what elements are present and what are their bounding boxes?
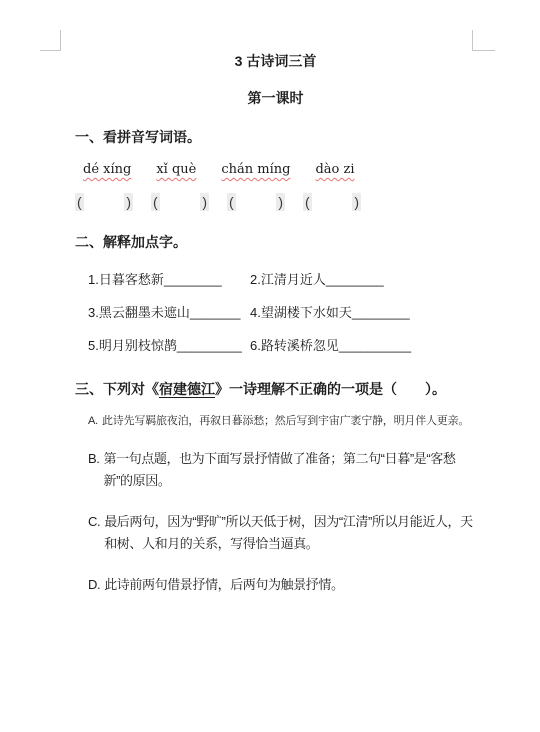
pinyin-word: chán míng bbox=[221, 161, 290, 179]
fill-in-blank: ________ bbox=[326, 272, 384, 287]
pinyin-word: xǐ què bbox=[156, 161, 196, 179]
poem-title: 宿建德江 bbox=[159, 381, 215, 397]
paren-open: ( bbox=[75, 193, 84, 211]
option-label: A. bbox=[88, 414, 102, 429]
section-heading-pinyin: 一、看拼音写词语。 bbox=[75, 128, 476, 146]
fill-in-blank: ________ bbox=[352, 305, 410, 320]
answer-blank: ( ) bbox=[151, 193, 209, 211]
paren-close: ) bbox=[124, 193, 133, 211]
fill-in-blank: __________ bbox=[339, 338, 411, 353]
pinyin-word: dào zi bbox=[315, 161, 354, 179]
document-page: 3 古诗词三首 第一课时 一、看拼音写词语。 dé xíng xǐ què ch… bbox=[0, 0, 540, 732]
choice-heading-prefix: 三、下列对《 bbox=[75, 381, 159, 397]
option-text: 第一句点题，也为下面写景抒情做了准备；第二句“日暮”是“客愁新”的原因。 bbox=[103, 448, 476, 492]
choice-option-c: C. 最后两句，因为“野旷”所以天低于树，因为“江清”所以月能近人，天和树、人和… bbox=[88, 511, 476, 555]
explain-item: 5.明月别枝惊鹊_________ bbox=[88, 337, 250, 355]
explain-item-label: 4.望湖楼下水如天 bbox=[250, 305, 352, 320]
explain-items-grid: 1.日暮客愁新________ 2.江清月近人________ 3.黑云翻墨未遮… bbox=[88, 271, 476, 355]
fill-in-blank: _________ bbox=[177, 338, 242, 353]
explain-item: 3.黑云翻墨未遮山_______ bbox=[88, 304, 250, 322]
section-heading-choice: 三、下列对《宿建德江》一诗理解不正确的一项是（ ）。 bbox=[75, 380, 476, 398]
explain-item-label: 5.明月别枝惊鹊 bbox=[88, 338, 177, 353]
paren-open: ( bbox=[303, 193, 312, 211]
lesson-subtitle: 第一课时 bbox=[75, 89, 476, 107]
choice-option-b: B. 第一句点题，也为下面写景抒情做了准备；第二句“日暮”是“客愁新”的原因。 bbox=[88, 448, 476, 492]
option-text: 此诗前两句借景抒情，后两句为触景抒情。 bbox=[104, 574, 476, 596]
margin-crop-mark-top-left bbox=[40, 30, 61, 51]
answer-blank: ( ) bbox=[227, 193, 285, 211]
explain-item-label: 2.江清月近人 bbox=[250, 272, 326, 287]
choice-option-a: A. 此诗先写羁旅夜泊，再叙日暮添愁；然后写到宇宙广袤宁静，明月伴人更亲。 bbox=[88, 414, 476, 429]
paren-close: ) bbox=[352, 193, 361, 211]
answer-blank: ( ) bbox=[303, 193, 361, 211]
explain-item-label: 6.路转溪桥忽见 bbox=[250, 338, 339, 353]
pinyin-word: dé xíng bbox=[83, 161, 131, 179]
option-label: D. bbox=[88, 574, 104, 596]
choice-option-d: D. 此诗前两句借景抒情，后两句为触景抒情。 bbox=[88, 574, 476, 596]
explain-item: 1.日暮客愁新________ bbox=[88, 271, 250, 289]
explain-item: 4.望湖楼下水如天________ bbox=[250, 304, 476, 322]
pinyin-row: dé xíng xǐ què chán míng dào zi bbox=[83, 161, 476, 179]
explain-item: 2.江清月近人________ bbox=[250, 271, 476, 289]
option-label: B. bbox=[88, 448, 103, 492]
margin-crop-mark-top-right bbox=[472, 30, 495, 51]
fill-in-blank: ________ bbox=[164, 272, 222, 287]
option-text: 最后两句，因为“野旷”所以天低于树，因为“江清”所以月能近人，天和树、人和月的关… bbox=[104, 511, 476, 555]
option-label: C. bbox=[88, 511, 104, 555]
explain-item-label: 3.黑云翻墨未遮山 bbox=[88, 305, 190, 320]
choice-heading-suffix: 》一诗理解不正确的一项是（ ）。 bbox=[215, 381, 446, 397]
option-text: 此诗先写羁旅夜泊，再叙日暮添愁；然后写到宇宙广袤宁静，明月伴人更亲。 bbox=[102, 414, 476, 429]
answer-blank-row: ( ) ( ) ( ) ( ) bbox=[75, 193, 476, 211]
paren-close: ) bbox=[276, 193, 285, 211]
document-content: 3 古诗词三首 第一课时 一、看拼音写词语。 dé xíng xǐ què ch… bbox=[75, 50, 476, 596]
answer-blank: ( ) bbox=[75, 193, 133, 211]
section-heading-explain: 二、解释加点字。 bbox=[75, 233, 476, 251]
explain-item: 6.路转溪桥忽见__________ bbox=[250, 337, 476, 355]
explain-item-label: 1.日暮客愁新 bbox=[88, 272, 164, 287]
paren-close: ) bbox=[200, 193, 209, 211]
paren-open: ( bbox=[151, 193, 160, 211]
fill-in-blank: _______ bbox=[190, 305, 241, 320]
document-title: 3 古诗词三首 bbox=[75, 52, 476, 70]
paren-open: ( bbox=[227, 193, 236, 211]
